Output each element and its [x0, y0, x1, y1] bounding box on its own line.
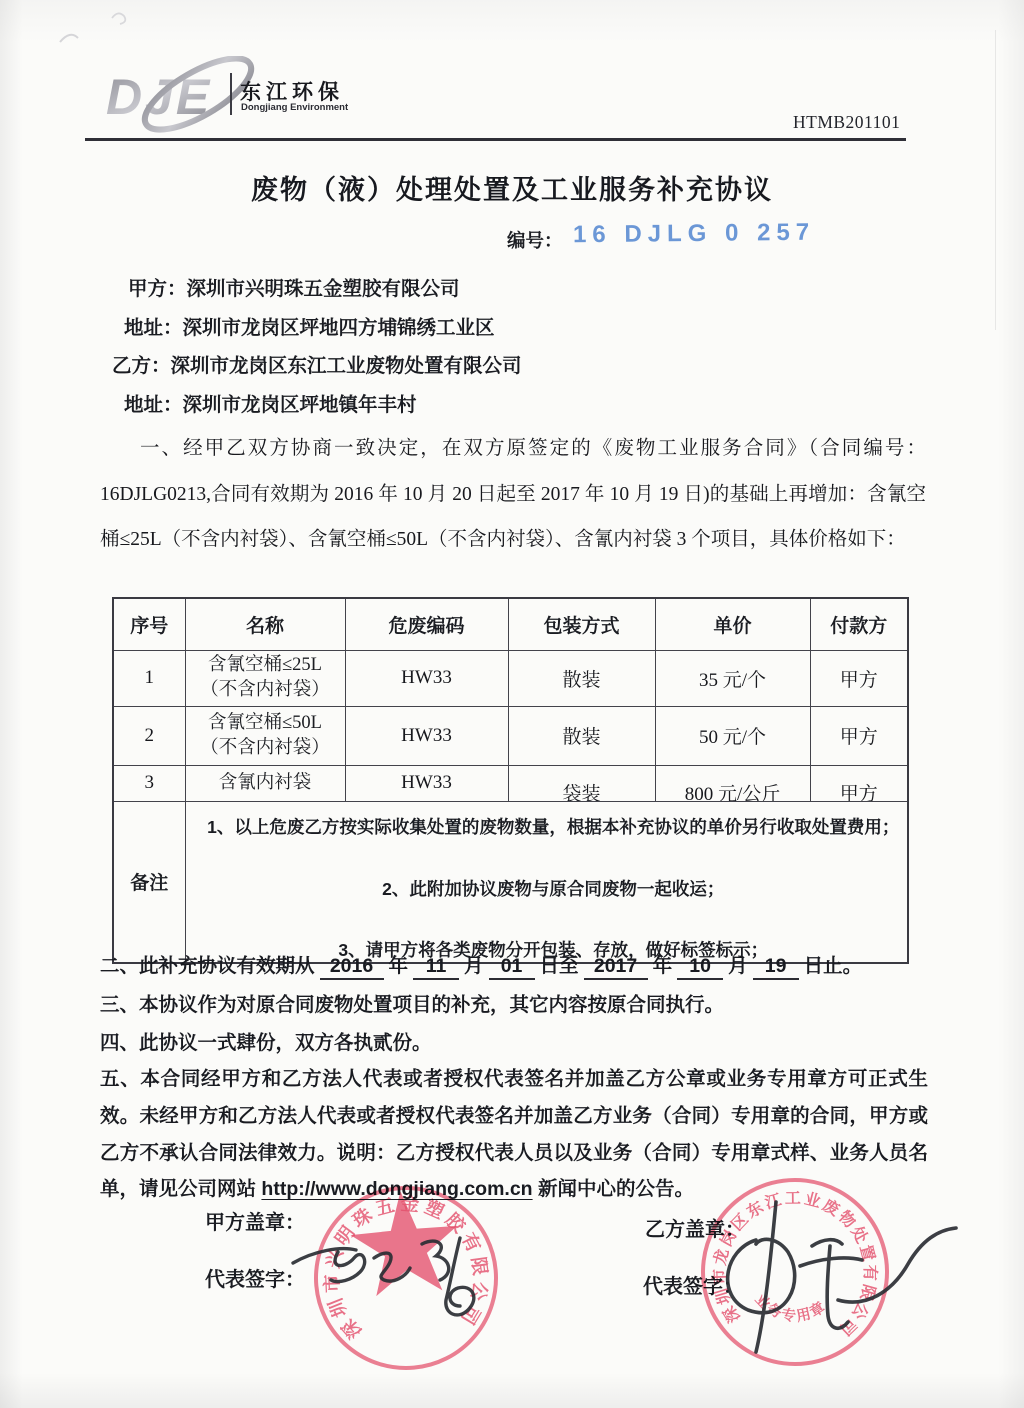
name-line1: 含氰空桶≤25L: [208, 655, 322, 675]
cell-waste-code: HW33: [345, 706, 508, 765]
party-b-name: 深圳市龙岗区东江工业废物处置有限公司: [171, 355, 522, 377]
cell-name: 含氰内衬袋: [185, 765, 345, 801]
clause-validity-period: 二、此补充协议有效期从2016年11月01日至2017年10月19日止。: [100, 950, 862, 980]
cell-waste-code: HW33: [345, 765, 508, 801]
col-header-name: 名称: [185, 598, 345, 650]
col-header-packing: 包装方式: [508, 598, 655, 650]
party-a-name: 深圳市兴明珠五金塑胶有限公司: [187, 278, 460, 300]
name-line2: （不含内衬袋）: [200, 680, 330, 700]
page-title: 废物（液）处理处置及工业服务补充协议: [0, 168, 1024, 207]
clause-four: 四、此协议一式肆份，双方各执贰份。: [100, 1027, 432, 1055]
cell-payer: 甲方: [810, 706, 908, 765]
cell-seq: 2: [113, 706, 185, 765]
col-header-seq: 序号: [113, 598, 185, 650]
logo-name-en: Dongjiang Environment: [241, 102, 348, 113]
cell-unit-price: 800 元/公斤: [655, 765, 810, 801]
scanned-contract-page: DJE 东江环保 Dongjiang Environment HTMB20110…: [0, 0, 1024, 1408]
cell-unit-price: 35 元/个: [655, 650, 810, 706]
party-a-address-label: 地址：: [124, 317, 183, 339]
cell-name: 含氰空桶≤25L（不含内衬袋）: [185, 650, 345, 706]
table-row: 2 含氰空桶≤50L（不含内衬袋） HW33 散装 50 元/个 甲方: [113, 706, 908, 765]
party-b-address-line: 地址：深圳市龙岗区坪地镇年丰村: [112, 386, 522, 425]
cell-payer: 甲方: [810, 765, 908, 801]
price-table: 序号 名称 危废编码 包装方式 单价 付款方 1 含氰空桶≤25L（不含内衬袋）…: [112, 597, 909, 964]
cell-waste-code: HW33: [345, 650, 508, 706]
logo-divider: [230, 73, 232, 115]
clause2-prefix: 二、此补充协议有效期从: [100, 955, 315, 977]
col-header-payer: 付款方: [810, 598, 908, 650]
pencil-mark: [40, 0, 160, 60]
unit-year: 年: [653, 955, 673, 977]
valid-to-year: 2017: [584, 955, 648, 980]
cell-unit-price: 50 元/个: [655, 706, 810, 765]
party-b-line: 乙方：深圳市龙岗区东江工业废物处置有限公司: [112, 347, 522, 386]
name-line2: （不含内衬袋）: [200, 738, 330, 758]
cell-name: 含氰空桶≤50L（不含内衬袋）: [185, 706, 345, 765]
unit-year: 年: [389, 955, 409, 977]
unit-month: 月: [464, 955, 484, 977]
packing-text: 袋装: [562, 784, 600, 802]
clause-one-paragraph: 一、经甲乙双方协商一致决定，在双方原签定的《废物工业服务合同》（合同编号：16D…: [100, 426, 926, 563]
cell-seq: 1: [113, 650, 185, 706]
party-a-line: 甲方：深圳市兴明珠五金塑胶有限公司: [112, 270, 522, 309]
party-b-signature: [728, 1202, 956, 1352]
serial-number-stamp: 16 DJLG 0 257: [573, 219, 815, 250]
cell-seq: 3: [113, 765, 185, 801]
party-b-label: 乙方：: [112, 355, 171, 377]
clause2-mid: 日至: [540, 955, 579, 977]
remark-row: 备注 1、以上危废乙方按实际收集处置的废物数量，根据本补充协议的单价另行收取处置…: [113, 801, 908, 963]
table-row: 3 含氰内衬袋 HW33 袋装 800 元/公斤 甲方: [113, 765, 908, 801]
serial-label: 编号：: [507, 227, 563, 253]
header-rule: [85, 138, 906, 141]
unit-month: 月: [728, 955, 748, 977]
cell-packing: 散装: [508, 706, 655, 765]
table-row: 1 含氰空桶≤25L（不含内衬袋） HW33 散装 35 元/个 甲方: [113, 650, 908, 706]
clause-three: 三、本协议作为对原合同废物处置项目的补充，其它内容按原合同执行。: [100, 989, 724, 1017]
clause2-suffix: 日止。: [804, 955, 863, 977]
handwritten-signatures: [0, 1150, 1024, 1408]
cell-payer: 甲方: [810, 650, 908, 706]
valid-from-day: 01: [489, 955, 535, 980]
remark-item: 2、此附加协议废物与原合同废物一起收运；: [186, 876, 908, 901]
party-b-address: 深圳市龙岗区坪地镇年丰村: [183, 394, 417, 416]
name-line1: 含氰空桶≤50L: [208, 713, 322, 733]
valid-from-year: 2016: [320, 955, 384, 980]
col-header-unit-price: 单价: [655, 598, 810, 650]
doc-template-code: HTMB201101: [793, 112, 900, 133]
table-header-row: 序号 名称 危废编码 包装方式 单价 付款方: [113, 598, 908, 650]
valid-to-month: 10: [677, 955, 723, 980]
remark-label: 备注: [113, 801, 185, 963]
party-a-address: 深圳市龙岗区坪地四方埔锦绣工业区: [183, 317, 495, 339]
parties-block: 甲方：深圳市兴明珠五金塑胶有限公司 地址：深圳市龙岗区坪地四方埔锦绣工业区 乙方…: [112, 270, 522, 425]
payer-text: 甲方: [840, 784, 878, 802]
price-text: 800 元/公斤: [685, 784, 781, 802]
party-a-label: 甲方：: [128, 278, 187, 300]
party-b-address-label: 地址：: [124, 394, 183, 416]
valid-to-day: 19: [753, 955, 799, 980]
valid-from-month: 11: [413, 955, 459, 980]
cell-packing: 袋装: [508, 765, 655, 801]
cell-packing: 散装: [508, 650, 655, 706]
party-a-signature: [293, 1238, 474, 1315]
party-a-address-line: 地址：深圳市龙岗区坪地四方埔锦绣工业区: [112, 309, 522, 348]
col-header-waste-code: 危废编码: [345, 598, 508, 650]
remark-item: 1、以上危废乙方按实际收集处置的废物数量，根据本补充协议的单价另行收取处置费用；: [186, 814, 908, 839]
remark-body: 1、以上危废乙方按实际收集处置的废物数量，根据本补充协议的单价另行收取处置费用；…: [185, 801, 908, 963]
